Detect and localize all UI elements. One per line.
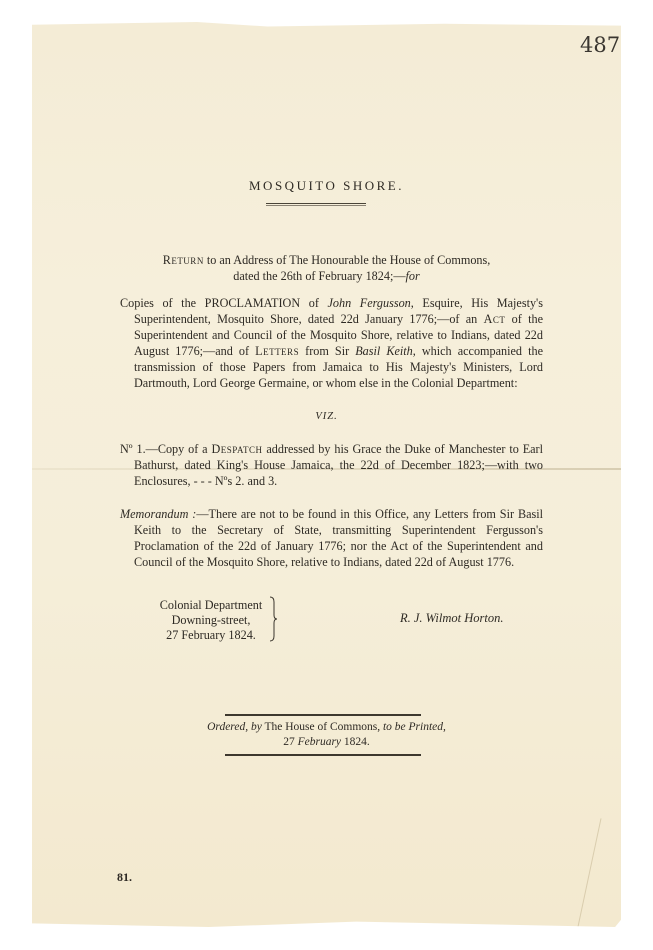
ordered-rule-bottom <box>225 754 421 756</box>
document-page: 487 MOSQUITO SHORE. Return to an Address… <box>32 22 621 927</box>
memorandum-label: Memorandum : <box>120 507 196 521</box>
return-line1: to an Address of The Honourable the Hous… <box>204 253 490 267</box>
ordered-notice: Ordered, by The House of Commons, to be … <box>32 720 621 750</box>
item-number: Nº 1. <box>120 442 146 456</box>
dateline-department: Colonial Department <box>152 598 270 613</box>
page-number: 487 <box>580 33 620 57</box>
item-text-1: —Copy of a <box>146 442 212 456</box>
ordered-roman: The House of Commons, <box>262 721 383 733</box>
letters-word: Letters <box>255 344 299 358</box>
despatch-word: Despatch <box>211 442 262 456</box>
item-1-paragraph: Nº 1.—Copy of a Despatch addressed by hi… <box>120 441 543 489</box>
ordered-rule-top <box>225 714 421 716</box>
return-lead: Return <box>163 253 204 267</box>
title-rule-thin <box>266 205 366 206</box>
viz-label: VIZ. <box>32 411 621 422</box>
document-title: MOSQUITO SHORE. <box>32 178 621 194</box>
memorandum-paragraph: Memorandum :—There are not to be found i… <box>120 506 543 570</box>
paper-crease <box>573 818 601 945</box>
brace-icon <box>268 596 278 642</box>
return-address: Return to an Address of The Honourable t… <box>32 252 621 284</box>
dateline-date: 27 February 1824. <box>152 628 270 643</box>
ordered-italic-2: to be Printed, <box>383 721 446 733</box>
memorandum-text: —There are not to be found in this Offic… <box>134 507 543 569</box>
name-john-fergusson: John Fergusson <box>327 296 410 310</box>
name-basil-keith: Basil Keith <box>355 344 413 358</box>
ordered-date-day: 27 <box>283 736 297 748</box>
ordered-date-year: 1824. <box>341 736 370 748</box>
ordered-italic-1: Ordered, by <box>207 721 262 733</box>
act-word: Act <box>484 312 506 326</box>
copies-paragraph: Copies of the PROCLAMATION of John Fergu… <box>120 295 543 391</box>
copies-text-4: from Sir <box>299 344 355 358</box>
dateline: Colonial Department Downing-street, 27 F… <box>152 598 270 643</box>
ordered-date-month: February <box>298 736 341 748</box>
copies-text-1: Copies of the PROCLAMATION of <box>120 296 327 310</box>
return-for: for <box>406 269 420 283</box>
signature: R. J. Wilmot Horton. <box>400 611 503 626</box>
title-rule <box>266 203 366 204</box>
footer-number: 81. <box>117 870 132 885</box>
return-line2: dated the 26th of February 1824;— <box>233 269 405 283</box>
dateline-street: Downing-street, <box>152 613 270 628</box>
